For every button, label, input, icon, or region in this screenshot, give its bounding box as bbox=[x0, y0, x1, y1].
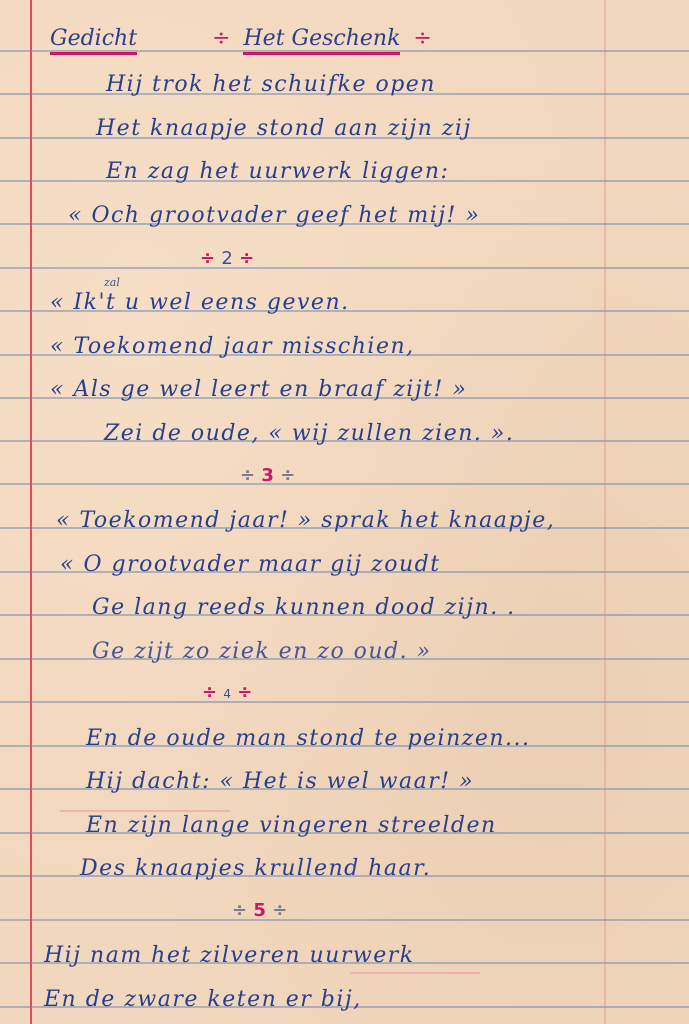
poem-line: « Toekomend jaar misschien, bbox=[50, 334, 415, 359]
inserted-word: zal bbox=[104, 276, 120, 289]
poem-line: En zijn lange vingeren streelden bbox=[86, 813, 497, 838]
ruled-line bbox=[0, 701, 689, 703]
stanza-dash: ÷ bbox=[280, 465, 295, 486]
title-separator-left: ÷ bbox=[212, 26, 230, 51]
ruled-line bbox=[0, 483, 689, 485]
poem-line: Des knaapjes krullend haar. bbox=[80, 856, 431, 881]
poem-line: « Toekomend jaar! » sprak het knaapje, bbox=[56, 508, 555, 533]
stanza-dash: ÷ bbox=[272, 900, 287, 921]
ruled-line bbox=[0, 267, 689, 269]
poem-line: « Och grootvader geef het mij! » bbox=[68, 203, 480, 228]
poem-line: « O grootvader maar gij zoudt bbox=[60, 552, 441, 577]
poem-line: Zei de oude, « wij zullen zien. ». bbox=[104, 421, 514, 446]
poem-line: Hij dacht: « Het is wel waar! » bbox=[86, 769, 474, 794]
stanza-number-4: ÷ 4 ÷ bbox=[202, 682, 252, 703]
poem-title: Het Geschenk bbox=[243, 26, 400, 55]
poem-line: Hij nam het zilveren uurwerk bbox=[44, 943, 415, 968]
poem-line: « Ik't u wel eens geven. bbox=[50, 290, 350, 315]
poem-line: « Als ge wel leert en braaf zijt! » bbox=[50, 377, 467, 402]
poem-line: En zag het uurwerk liggen: bbox=[106, 159, 449, 184]
stanza-number-5: ÷ 5 ÷ bbox=[232, 900, 287, 921]
poem-header: Gedicht ÷ Het Geschenk ÷ bbox=[50, 26, 438, 55]
right-margin-line bbox=[604, 0, 606, 1024]
stanza-dash: ÷ bbox=[240, 465, 255, 486]
faint-pink-mark bbox=[350, 972, 480, 974]
poem-line: En de zware keten er bij, bbox=[44, 987, 362, 1012]
stanza-dash: ÷ bbox=[200, 248, 215, 269]
poem-line: Ge lang reeds kunnen dood zijn. . bbox=[92, 595, 516, 620]
stanza-number-3: ÷ 3 ÷ bbox=[240, 465, 295, 486]
poem-line: Ge zijt zo ziek en zo oud. » bbox=[92, 639, 432, 664]
title-separator-right: ÷ bbox=[413, 26, 431, 51]
poem-line: Het knaapje stond aan zijn zij bbox=[96, 116, 472, 141]
stanza-dash: ÷ bbox=[202, 682, 217, 703]
stanza-dash: ÷ bbox=[232, 900, 247, 921]
poem-line: En de oude man stond te peinzen... bbox=[86, 726, 531, 751]
stanza-dash: ÷ bbox=[237, 682, 252, 703]
left-margin-line bbox=[30, 0, 32, 1024]
faint-pink-mark bbox=[60, 810, 230, 812]
stanza-dash: ÷ bbox=[239, 248, 254, 269]
header-label: Gedicht bbox=[50, 26, 137, 55]
stanza-number-2: ÷ 2 ÷ bbox=[200, 248, 254, 269]
poem-line: Hij trok het schuifke open bbox=[106, 72, 436, 97]
ruled-line bbox=[0, 919, 689, 921]
